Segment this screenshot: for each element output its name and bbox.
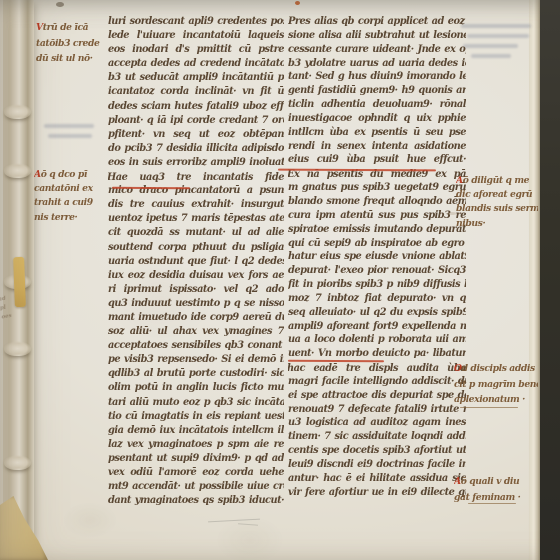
text-line: aplexionatum ·: [454, 392, 538, 408]
text-line: centis spe docetis spib3 afortiut ut: [288, 444, 466, 458]
text-line: magri facile intelligndo addiscit· du: [288, 375, 466, 389]
ink-show-through: [461, 24, 539, 64]
text-line: ri iprimut ispissato· vel q2 ado: [108, 283, 284, 297]
text-line: spiratoe emissis imutando depurat: [288, 223, 466, 237]
text-line: leui9 discndi ei9 doctrinas facile insp9: [288, 458, 466, 472]
text-line: intllcm ùba ex psentis ū seu pse: [288, 126, 466, 140]
text-line: Pres alias qb corpi applicet ad eoz le: [288, 15, 466, 29]
text-column-right: Pres alias qb corpi applicet ad eoz lesi…: [288, 15, 466, 500]
text-line: psentant ut supi9 dixim9· p qd ad: [108, 452, 284, 466]
foxing-spot: [447, 212, 457, 215]
text-line: cit p magrīm bene: [454, 377, 538, 393]
sewing-ridge: [4, 163, 31, 178]
gloss-underline: [460, 407, 518, 408]
text-line: souttend corpa pthuut du psligia: [108, 241, 284, 255]
sewing-ridge: [4, 341, 31, 356]
text-line: acceptatoes sensibiles qb3 conant doci: [108, 339, 284, 353]
text-line: Aō diligūt q me: [456, 174, 538, 188]
text-line: CHae uaq3 tre incantatis fide: [108, 170, 284, 184]
text-column-left: luri sordescant apli9 credentes posseled…: [108, 15, 284, 508]
text-line: sione alisa alii subtrahut ut lesione: [288, 29, 466, 43]
show-through-line: [467, 34, 529, 38]
text-line: b3 ydolatre uarus ad uaria dedes ici: [288, 57, 466, 71]
text-line: dū sit ul nō·: [36, 51, 102, 67]
spine-smudge: [56, 2, 64, 7]
text-line: m gnatus pus spib3 uegetat9 egrū: [288, 181, 466, 195]
text-line: vir fere afortiur ue in ei9 dilecte quq3: [288, 486, 466, 500]
show-through-line: [463, 44, 518, 48]
show-through-line: [44, 124, 94, 128]
pencil-mark: [208, 519, 260, 523]
text-line: inuestigacoe ophndit q uix pphie: [288, 112, 466, 126]
text-line: tatōib3 crede: [36, 36, 102, 52]
text-line: blando smone frequt alloqndo aēm: [288, 195, 466, 209]
text-line: tari aliū muto eoz p qb3 sic incāta: [108, 396, 284, 410]
text-line: cura ipm atentū sus pus spib3 re: [288, 209, 466, 223]
text-line: Aō q dco pī: [34, 168, 102, 182]
text-line: ploant· q iā ipi corde credant 7 ore: [108, 114, 284, 128]
text-line: qui cū sepi9 ab inspiratoe ab egro t: [288, 237, 466, 251]
text-line: qu3 induuut uestimto p q se nissor: [108, 297, 284, 311]
text-line: eos in suis erroribz ampli9 inoluat·: [108, 156, 284, 170]
text-line: mt9 accendāt· ut possibile uiue cre: [108, 480, 284, 494]
text-line: eius cui9 ùba psuit hue effcut·: [288, 153, 466, 167]
text-line: antur· hac ē ei hilitate assidua sic: [288, 472, 466, 486]
text-line: moz 7 inbtoz fiat depurato· vn q: [288, 292, 466, 306]
text-line: uaria ostndunt que fiut· l q2 dedes: [108, 255, 284, 269]
text-line: accepta dedes ad credend incātatoi: [108, 57, 284, 71]
text-line: luri sordescant apli9 credentes posse: [108, 15, 284, 29]
gloss-underline: [468, 503, 516, 504]
text-line: Aō quali v diu: [454, 474, 534, 490]
text-line: soz aliū· ul ahax vex ymagines 7: [108, 325, 284, 339]
text-line: tinem· 7 sic assiduitate loqndi addis: [288, 430, 466, 444]
text-line: trahit a cui9: [34, 196, 102, 210]
text-line: vex odiū l'amorē eoz corda uehe: [108, 466, 284, 480]
text-line: depurat· l'exeo pior renouat· Sicq3: [288, 264, 466, 278]
text-line: seq alleuiato· ul q2 du expsis spib9 nb9: [288, 306, 466, 320]
margin-note-right-1: Aō diligūt q medic aforeat egrūblandis s…: [456, 174, 538, 231]
text-line: cessante curare uideant· Jnde ex opi: [288, 43, 466, 57]
text-line: ticlin adhentia deuoluam9· rōnal: [288, 98, 466, 112]
text-line: laz vex ymaginatoes p spm aie re: [108, 438, 284, 452]
manuscript-page: ad pl oes luri sordescant apli9 credente…: [0, 0, 540, 560]
text-line: mant imuetudo ide corp9 aereū dui: [108, 311, 284, 325]
text-line: cantatōni ex: [34, 182, 102, 196]
text-line: nis terre·: [34, 211, 102, 225]
text-line: lede l'uiuare incantatoiū laqueis: [108, 29, 284, 43]
text-line: olim potū in anglin lucis ficto mu: [108, 381, 284, 395]
text-line: Od discipls addis: [454, 361, 538, 377]
text-line: tio cū imagtatis in eis repiant uesti: [108, 410, 284, 424]
pencil-mark: [238, 523, 258, 525]
sewing-ridge: [4, 104, 31, 119]
text-line: dic aforeat egrū: [456, 188, 538, 202]
text-line: blandis suis sermo: [456, 202, 538, 216]
text-line: dedes sciam hutes fatali9 uboz effcs: [108, 100, 284, 114]
show-through-line: [48, 134, 92, 138]
text-line: gia demō iux incātatois intellcm il: [108, 424, 284, 438]
show-through-line: [471, 54, 511, 58]
text-line: uentoz ipetus 7 maris tēpestas ates: [108, 212, 284, 226]
text-line: tant· Sed g hus diuin9 imorando le: [288, 70, 466, 84]
text-line: dis tre cauius extrahit· insurgut: [108, 198, 284, 212]
text-line: icantatoz corda inclināt· vn fit ū: [108, 85, 284, 99]
text-line: dant ymaginatoes qs spib3 iducut·: [108, 494, 284, 508]
margin-note-left-2: Aō q dco pīcantatōni extrahit a cui9nis …: [34, 168, 102, 225]
text-line: b3 ut seducāt ampli9 incātantiū p: [108, 71, 284, 85]
manuscript-photo: ad pl oes luri sordescant apli9 credente…: [0, 0, 560, 560]
text-line: iux eoz desidia duisau vex fors ae: [108, 269, 284, 283]
text-line: eos inodari d's pmittit cū pstre: [108, 43, 284, 57]
ink-show-through: [44, 124, 102, 144]
margin-note-right-2: Od discipls addiscit p magrīm beneaplexi…: [454, 361, 538, 408]
text-line: genti fastidiū gnem9· h9 quonis ar: [288, 84, 466, 98]
text-line: ei spe attractoe dis depuriat spe docen: [288, 389, 466, 403]
text-line: u3 logistica ad auditoz agam ines: [288, 416, 466, 430]
red-ink-speck: [295, 1, 300, 5]
text-line: rendi in senex intenta asidatione: [288, 140, 466, 154]
text-line: ua a loco dolenti p roborata uii amo: [288, 333, 466, 347]
text-line: nibus·: [456, 217, 538, 231]
text-line: fit in pioribs spib3 p nib9 diffusis hu: [288, 278, 466, 292]
text-line: Chac eadē tre displs audita ùba: [288, 361, 466, 375]
text-line: renouat9 7 defecate fatali9 irtute mo: [288, 403, 466, 417]
text-line: pfitent· vn seq ut eoz obtēpan: [108, 128, 284, 142]
text-line: hatur eius spe eiusde vnione ablat9: [288, 250, 466, 264]
show-through-line: [461, 24, 531, 28]
text-line: qdlib3 al brutū porte custodiri· sic: [108, 367, 284, 381]
margin-note-right-3: Aō quali v diugat feminam ·: [454, 474, 534, 505]
text-line: Vtrū de īcā: [36, 20, 102, 36]
text-line: pe visib3 repsensedo· Si ei demō in: [108, 353, 284, 367]
text-line: do pcib3 7 desidia illicita adipisdo: [108, 142, 284, 156]
sewing-ridge: [4, 455, 31, 470]
text-line: ampli9 aforeant fort9 expellenda noci: [288, 320, 466, 334]
text-line: cit quozdā ss mutant· ul ad alie: [108, 226, 284, 240]
margin-note-left-1: Vtrū de īcātatōib3 crededū sit ul nō·: [36, 20, 102, 67]
